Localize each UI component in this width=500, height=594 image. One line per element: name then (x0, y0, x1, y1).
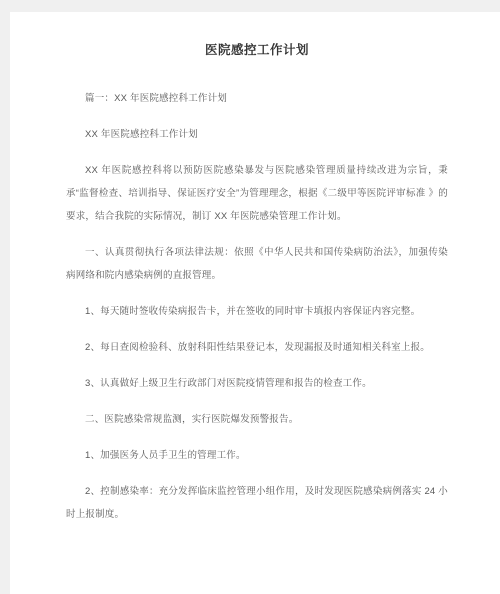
document-paragraph: XX 年医院感控科工作计划 (66, 123, 448, 146)
document-paragraph: 1、加强医务人员手卫生的管理工作。 (66, 444, 448, 467)
document-paragraph: XX 年医院感控科将以预防医院感染暴发与医院感染管理质量持续改进为宗旨，秉承“监… (66, 159, 448, 228)
document-paragraph: 2、控制感染率：充分发挥临床监控管理小组作用，及时发现医院感染病例落实 24 小… (66, 480, 448, 526)
document-title: 医院感控工作计划 (66, 42, 448, 59)
document-paragraph: 篇一：XX 年医院感控科工作计划 (66, 87, 448, 110)
document-paragraph: 2、每日查阅检验科、放射科阳性结果登记本，发现漏报及时通知相关科室上报。 (66, 336, 448, 359)
document-paragraph: 二、医院感染常规监测，实行医院爆发预警报告。 (66, 408, 448, 431)
document-viewer: 医院感控工作计划 篇一：XX 年医院感控科工作计划 XX 年医院感控科工作计划 … (0, 0, 500, 594)
document-page: 医院感控工作计划 篇一：XX 年医院感控科工作计划 XX 年医院感控科工作计划 … (10, 12, 500, 594)
document-paragraph: 一、认真贯彻执行各项法律法规：依照《中华人民共和国传染病防治法》，加强传染病网络… (66, 241, 448, 287)
document-paragraph: 1、每天随时签收传染病报告卡，并在签收的同时审卡填报内容保证内容完整。 (66, 300, 448, 323)
document-paragraph: 3、认真做好上级卫生行政部门对医院疫情管理和报告的检查工作。 (66, 372, 448, 395)
